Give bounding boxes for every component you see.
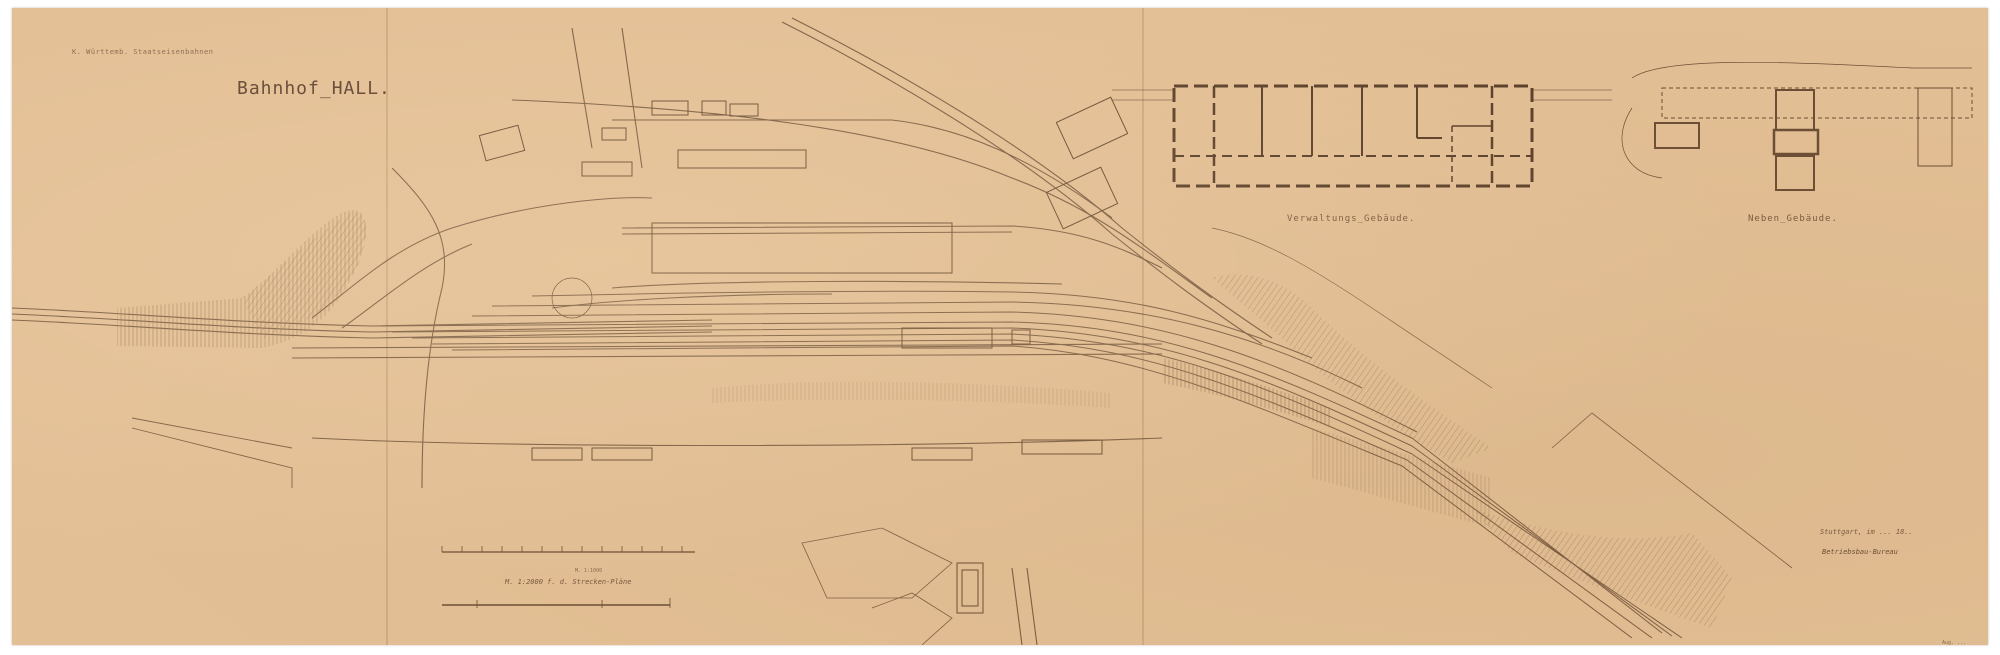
admin-building-floorplan [1112,86,1612,186]
corner-note: Aug. ... [1942,640,1966,646]
map-title: Bahnhof_HALL. [237,78,391,99]
admin-building-caption: Verwaltungs_Gebäude. [1287,214,1415,224]
scale-caption: M. 1:2000 f. d. Strecken-Pläne [505,578,631,586]
signature-office: Betriebsbau-Bureau [1822,548,1898,556]
paper-fold-line [386,8,388,645]
side-building-floorplan [1622,62,1972,190]
map-sheet: K. Württemb. Staatseisenbahnen Bahnhof_H… [12,8,1988,645]
side-building-caption: Neben_Gebäude. [1748,214,1838,224]
paper-fold-line [1142,8,1144,645]
scale-caption-small: M. 1:1000 [575,568,602,574]
signature-place-date: Stuttgart, im ... 18.. [1820,528,1913,536]
map-header: K. Württemb. Staatseisenbahnen [72,48,213,56]
station-plan-drawing [12,8,1988,645]
